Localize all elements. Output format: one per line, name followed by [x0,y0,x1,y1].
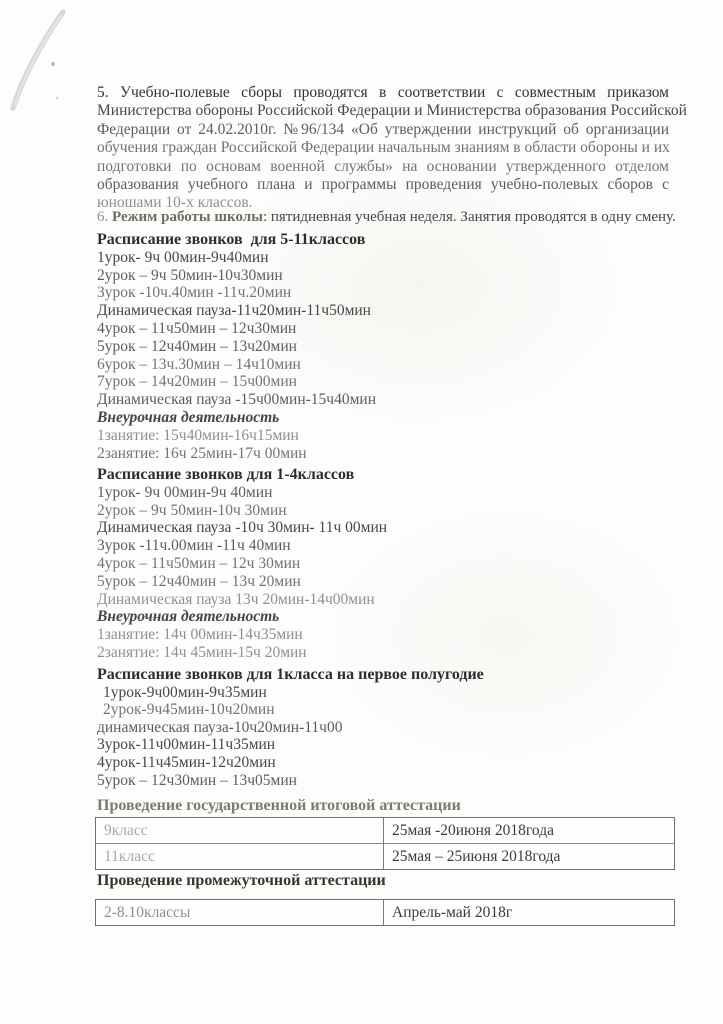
schedule-line: 1занятие: 15ч40мин-16ч15мин [97,427,376,445]
school-mode-text: : пятидневная учебная неделя. Занятия пр… [263,209,676,225]
table-row: 11класс 25мая – 25июня 2018года [96,843,674,869]
table-row: 2-8.10классы Апрель-май 2018г [96,900,674,925]
paragraph-line: Федерации от 24.02.2010г. №96/134 «Об ут… [97,121,669,139]
paragraph-military-training: 5. Учебно-полевые сборы проводятся в соо… [97,84,669,213]
paragraph-line: подготовки по основам военной службы» на… [97,158,669,176]
schedule-line: 1урок- 9ч 00мин-9ч40мин [97,249,376,267]
schedule-line: 7урок – 14ч20мин – 15ч00мин [97,373,376,391]
school-mode-label: Режим работы школы [112,209,263,225]
schedule-line: 1урок-9ч00мин-9ч35мин [97,684,484,702]
schedule-line: Динамическая пауза -10ч 30мин- 11ч 00мин [97,519,387,537]
final-assessment-title: Проведение государственной итоговой атте… [97,797,461,815]
schedule-line: 5урок – 12ч40мин – 13ч 20мин [97,573,387,591]
class-cell: 9класс [96,818,384,843]
schedule-line: Динамическая пауза -15ч00мин-15ч40мин [97,391,376,409]
schedule-line: 1урок- 9ч 00мин-9ч 40мин [97,484,387,502]
schedule-line: Внеурочная деятельность [97,608,387,626]
schedule-lines: 1урок- 9ч 00мин-9ч 40мин 2урок – 9ч 50ми… [97,484,387,662]
schedule-lines: 1урок- 9ч 00мин-9ч40мин 2урок – 9ч 50мин… [97,249,376,463]
section-title: Расписание звонков для 5-11классов [97,231,376,249]
final-assessment-table: 9класс 25мая -20июня 2018года 11класс 25… [95,817,675,870]
schedule-line: 2урок – 9ч 50мин-10ч30мин [97,267,376,285]
paragraph-line: обучения граждан Российской Федерации на… [97,139,669,157]
item-number: 6. [97,209,112,225]
schedule-line: 2урок – 9ч 50мин-10ч 30мин [97,502,387,520]
schedule-line: 3урок -11ч.00мин -11ч 40мин [97,537,387,555]
schedule-line: Внеурочная деятельность [97,409,376,427]
paragraph-line: Министерства обороны Российской Федераци… [97,102,669,120]
schedule-line: 1занятие: 14ч 00мин-14ч35мин [97,626,387,644]
bell-schedule-5-11: Расписание звонков для 5-11классов 1урок… [97,231,376,462]
date-cell: 25мая -20июня 2018года [384,818,674,843]
schedule-lines: 1урок-9ч00мин-9ч35мин 2урок-9ч45мин-10ч2… [97,684,484,790]
interim-assessment-title: Проведение промежуточной аттестации [97,872,386,890]
paragraph-school-mode: 6. Режим работы школы: пятидневная учебн… [97,209,707,226]
bell-schedule-1-4: Расписание звонков для 1-4классов 1урок-… [97,466,387,662]
date-cell: 25мая – 25июня 2018года [384,844,674,869]
schedule-line: 2урок-9ч45мин-10ч20мин [97,701,484,719]
interim-assessment-table: 2-8.10классы Апрель-май 2018г [95,899,675,926]
paragraph-line: образования учебного плана и программы п… [97,176,669,194]
paragraph-line: 5. Учебно-полевые сборы проводятся в соо… [97,84,669,102]
section-title: Расписание звонков для 1-4классов [97,466,387,484]
date-cell: Апрель-май 2018г [384,900,674,925]
class-cell: 2-8.10классы [96,900,384,925]
schedule-line: 2занятие: 14ч 45мин-15ч 20мин [97,644,387,662]
section-title: Расписание звонков для 1класса на первое… [97,666,484,684]
table-row: 9класс 25мая -20июня 2018года [96,818,674,843]
schedule-line: Динамическая пауза 13ч 20мин-14ч00мин [97,591,387,609]
schedule-line: 4урок-11ч45мин-12ч20мин [97,754,484,772]
class-cell: 11класс [96,844,384,869]
schedule-line: Динамическая пауза-11ч20мин-11ч50мин [97,302,376,320]
document-page: 5. Учебно-полевые сборы проводятся в соо… [0,0,723,1024]
schedule-line: 5урок – 12ч30мин – 13ч05мин [97,772,484,790]
bell-schedule-1st-grade-first-half: Расписание звонков для 1класса на первое… [97,666,484,789]
schedule-line: 3урок-11ч00мин-11ч35мин [97,736,484,754]
schedule-line: 4урок – 11ч50мин – 12ч30мин [97,320,376,338]
schedule-line: 2занятие: 16ч 25мин-17ч 00мин [97,445,376,463]
schedule-line: 5урок – 12ч40мин – 13ч20мин [97,338,376,356]
schedule-line: 4урок – 11ч50мин – 12ч 30мин [97,555,387,573]
schedule-line: 6урок – 13ч.30мин – 14ч10мин [97,356,376,374]
schedule-line: 3урок -10ч.40мин -11ч.20мин [97,284,376,302]
schedule-line: динамическая пауза-10ч20мин-11ч00 [97,719,484,737]
